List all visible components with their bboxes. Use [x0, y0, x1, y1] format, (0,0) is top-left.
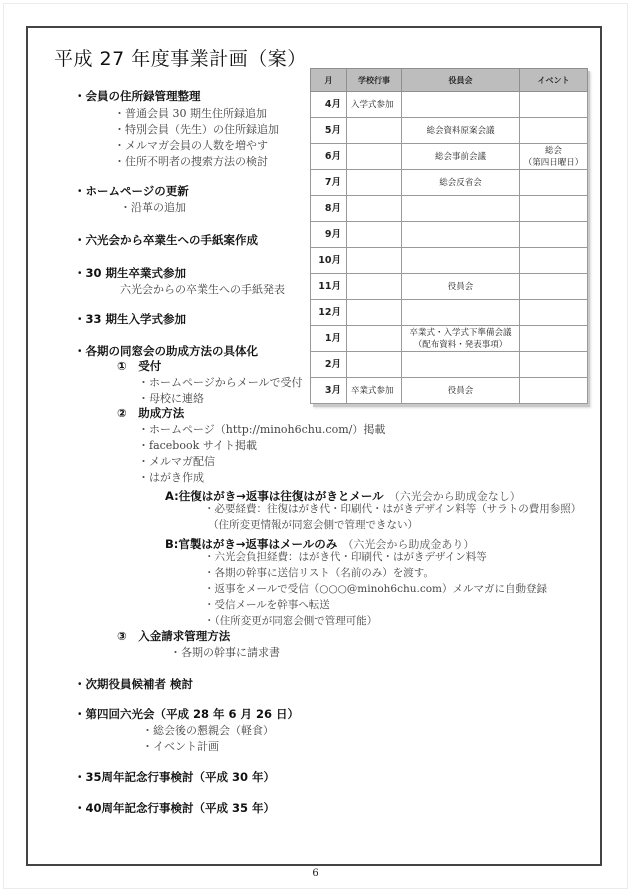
section-heading-35th-anniversary: ・35周年記念行事検討（平成 30 年）	[74, 769, 275, 785]
section-heading-homepage: ・ホームページの更新	[74, 183, 189, 199]
section-heading-graduation: ・30 期生卒業式参加	[74, 265, 186, 281]
cell-event	[520, 118, 588, 144]
officers-line-1: 卒業式・入学式下準備会議	[404, 327, 517, 339]
cell-school: 卒業式参加	[347, 378, 402, 404]
cell-month: 10月	[311, 248, 347, 274]
list-item: ・ホームページからメールで受付	[138, 374, 303, 390]
cell-month: 12月	[311, 300, 347, 326]
cell-month: 6月	[311, 144, 347, 170]
list-item: ・facebook サイト掲載	[138, 437, 257, 453]
table-row: 9月	[311, 222, 588, 248]
cell-officers: 役員会	[402, 274, 520, 300]
list-item: ・総会後の懇親会（軽食）	[142, 722, 274, 738]
subsection-billing: ③ 入金請求管理方法	[117, 628, 230, 644]
section-heading-officer-candidates: ・次期役員候補者 検討	[74, 676, 193, 692]
schedule-table: 月 学校行事 役員会 イベント 4月 入学式参加 5月 総会資料原案会議 6月	[310, 68, 588, 404]
table-row: 8月	[311, 196, 588, 222]
event-line-1: 総会	[522, 145, 585, 157]
cell-officers	[402, 248, 520, 274]
table-row: 7月 総会反省会	[311, 170, 588, 196]
table-row: 1月 卒業式・入学式下準備会議 （配布資料・発表事項）	[311, 326, 588, 352]
cell-school	[347, 196, 402, 222]
table-row: 5月 総会資料原案会議	[311, 118, 588, 144]
cell-school: 入学式参加	[347, 92, 402, 118]
cell-officers	[402, 300, 520, 326]
cell-school	[347, 326, 402, 352]
list-item: ・はがき作成	[138, 469, 204, 485]
cell-school	[347, 118, 402, 144]
header-school-event: 学校行事	[347, 69, 402, 92]
cell-officers: 総会反省会	[402, 170, 520, 196]
cell-event: 総会 （第四日曜日）	[520, 144, 588, 170]
cell-officers	[402, 222, 520, 248]
cell-school	[347, 222, 402, 248]
cell-officers: 総会資料原案会議	[402, 118, 520, 144]
list-item: ・普通会員 30 期生住所録追加	[114, 105, 267, 121]
list-item: ・メルマガ配信	[138, 453, 215, 469]
list-item: ・メルマガ会員の人数を増やす	[114, 137, 268, 153]
cell-event	[520, 326, 588, 352]
cell-month: 1月	[311, 326, 347, 352]
list-item: 六光会からの卒業生への手紙発表	[120, 281, 285, 297]
subsection-subsidy-method: ② 助成方法	[117, 405, 184, 421]
cell-school	[347, 300, 402, 326]
table-row: 6月 総会事前会議 総会 （第四日曜日）	[311, 144, 588, 170]
cell-event	[520, 378, 588, 404]
page-title: 平成 27 年度事業計画（案）	[54, 44, 307, 71]
list-item: ・沿革の追加	[120, 199, 186, 215]
cell-school	[347, 248, 402, 274]
list-item: ・母校に連絡	[138, 390, 204, 406]
section-heading-address-book: ・会員の住所録管理整理	[74, 88, 201, 104]
cell-school	[347, 144, 402, 170]
table-row: 12月	[311, 300, 588, 326]
table-header-row: 月 学校行事 役員会 イベント	[311, 69, 588, 92]
cell-event	[520, 196, 588, 222]
cell-month: 4月	[311, 92, 347, 118]
table-row: 3月 卒業式参加 役員会	[311, 378, 588, 404]
list-item: ・返事をメールで受信（○○○@minoh6chu.com）メルマガに自動登録	[204, 581, 547, 596]
header-event: イベント	[520, 69, 588, 92]
cell-event	[520, 92, 588, 118]
list-item: ・イベント計画	[142, 738, 219, 754]
cell-event	[520, 248, 588, 274]
cell-school	[347, 170, 402, 196]
list-item: ・特別会員（先生）の住所録追加	[114, 121, 279, 137]
cell-event	[520, 274, 588, 300]
cell-officers	[402, 196, 520, 222]
section-heading-subsidy: ・各期の同窓会の助成方法の具体化	[74, 343, 258, 359]
cell-month: 5月	[311, 118, 347, 144]
cell-officers	[402, 92, 520, 118]
table-row: 2月	[311, 352, 588, 378]
table-row: 4月 入学式参加	[311, 92, 588, 118]
event-line-2: （第四日曜日）	[522, 157, 585, 169]
cell-school	[347, 352, 402, 378]
table-row: 10月	[311, 248, 588, 274]
cell-officers	[402, 352, 520, 378]
cell-month: 11月	[311, 274, 347, 300]
section-heading-40th-anniversary: ・40周年記念行事検討（平成 35 年）	[74, 800, 275, 816]
cell-month: 2月	[311, 352, 347, 378]
cell-month: 3月	[311, 378, 347, 404]
list-item: ・各期の幹事に送信リスト（名前のみ）を渡す。	[204, 565, 434, 580]
section-heading-letter-draft: ・六光会から卒業生への手紙案作成	[74, 232, 258, 248]
subsection-reception: ① 受付	[117, 358, 161, 374]
table-row: 11月 役員会	[311, 274, 588, 300]
list-item: ・ホームページ（http://minoh6chu.com/）掲載	[138, 421, 385, 437]
cell-event	[520, 300, 588, 326]
cell-event	[520, 352, 588, 378]
cell-officers: 卒業式・入学式下準備会議 （配布資料・発表事項）	[402, 326, 520, 352]
list-item: ・必要経費：往復はがき代・印刷代・はがきデザイン料等（サラトの費用参照）	[204, 501, 581, 516]
cell-event	[520, 222, 588, 248]
cell-month: 8月	[311, 196, 347, 222]
section-heading-fourth-meeting: ・第四回六光会（平成 28 年 6 月 26 日）	[74, 706, 299, 722]
list-item: ・受信メールを幹事へ転送	[204, 597, 330, 612]
list-item: ・（住所変更が同窓会側で管理可能）	[204, 613, 377, 628]
cell-school	[347, 274, 402, 300]
header-officers-meeting: 役員会	[402, 69, 520, 92]
list-item: ・各期の幹事に請求書	[170, 644, 280, 660]
list-item: ・住所不明者の捜索方法の検討	[114, 153, 268, 169]
page-number: 6	[0, 868, 631, 879]
list-item: ・六光会負担経費：はがき代・印刷代・はがきデザイン料等	[204, 549, 487, 564]
schedule-table-wrapper: 月 学校行事 役員会 イベント 4月 入学式参加 5月 総会資料原案会議 6月	[310, 68, 587, 404]
cell-month: 7月	[311, 170, 347, 196]
officers-line-2: （配布資料・発表事項）	[404, 339, 517, 351]
cell-officers: 総会事前会議	[402, 144, 520, 170]
cell-month: 9月	[311, 222, 347, 248]
list-item: （住所変更情報が同窓会側で管理できない）	[208, 517, 418, 532]
header-month: 月	[311, 69, 347, 92]
cell-event	[520, 170, 588, 196]
cell-officers: 役員会	[402, 378, 520, 404]
section-heading-entrance: ・33 期生入学式参加	[74, 311, 186, 327]
